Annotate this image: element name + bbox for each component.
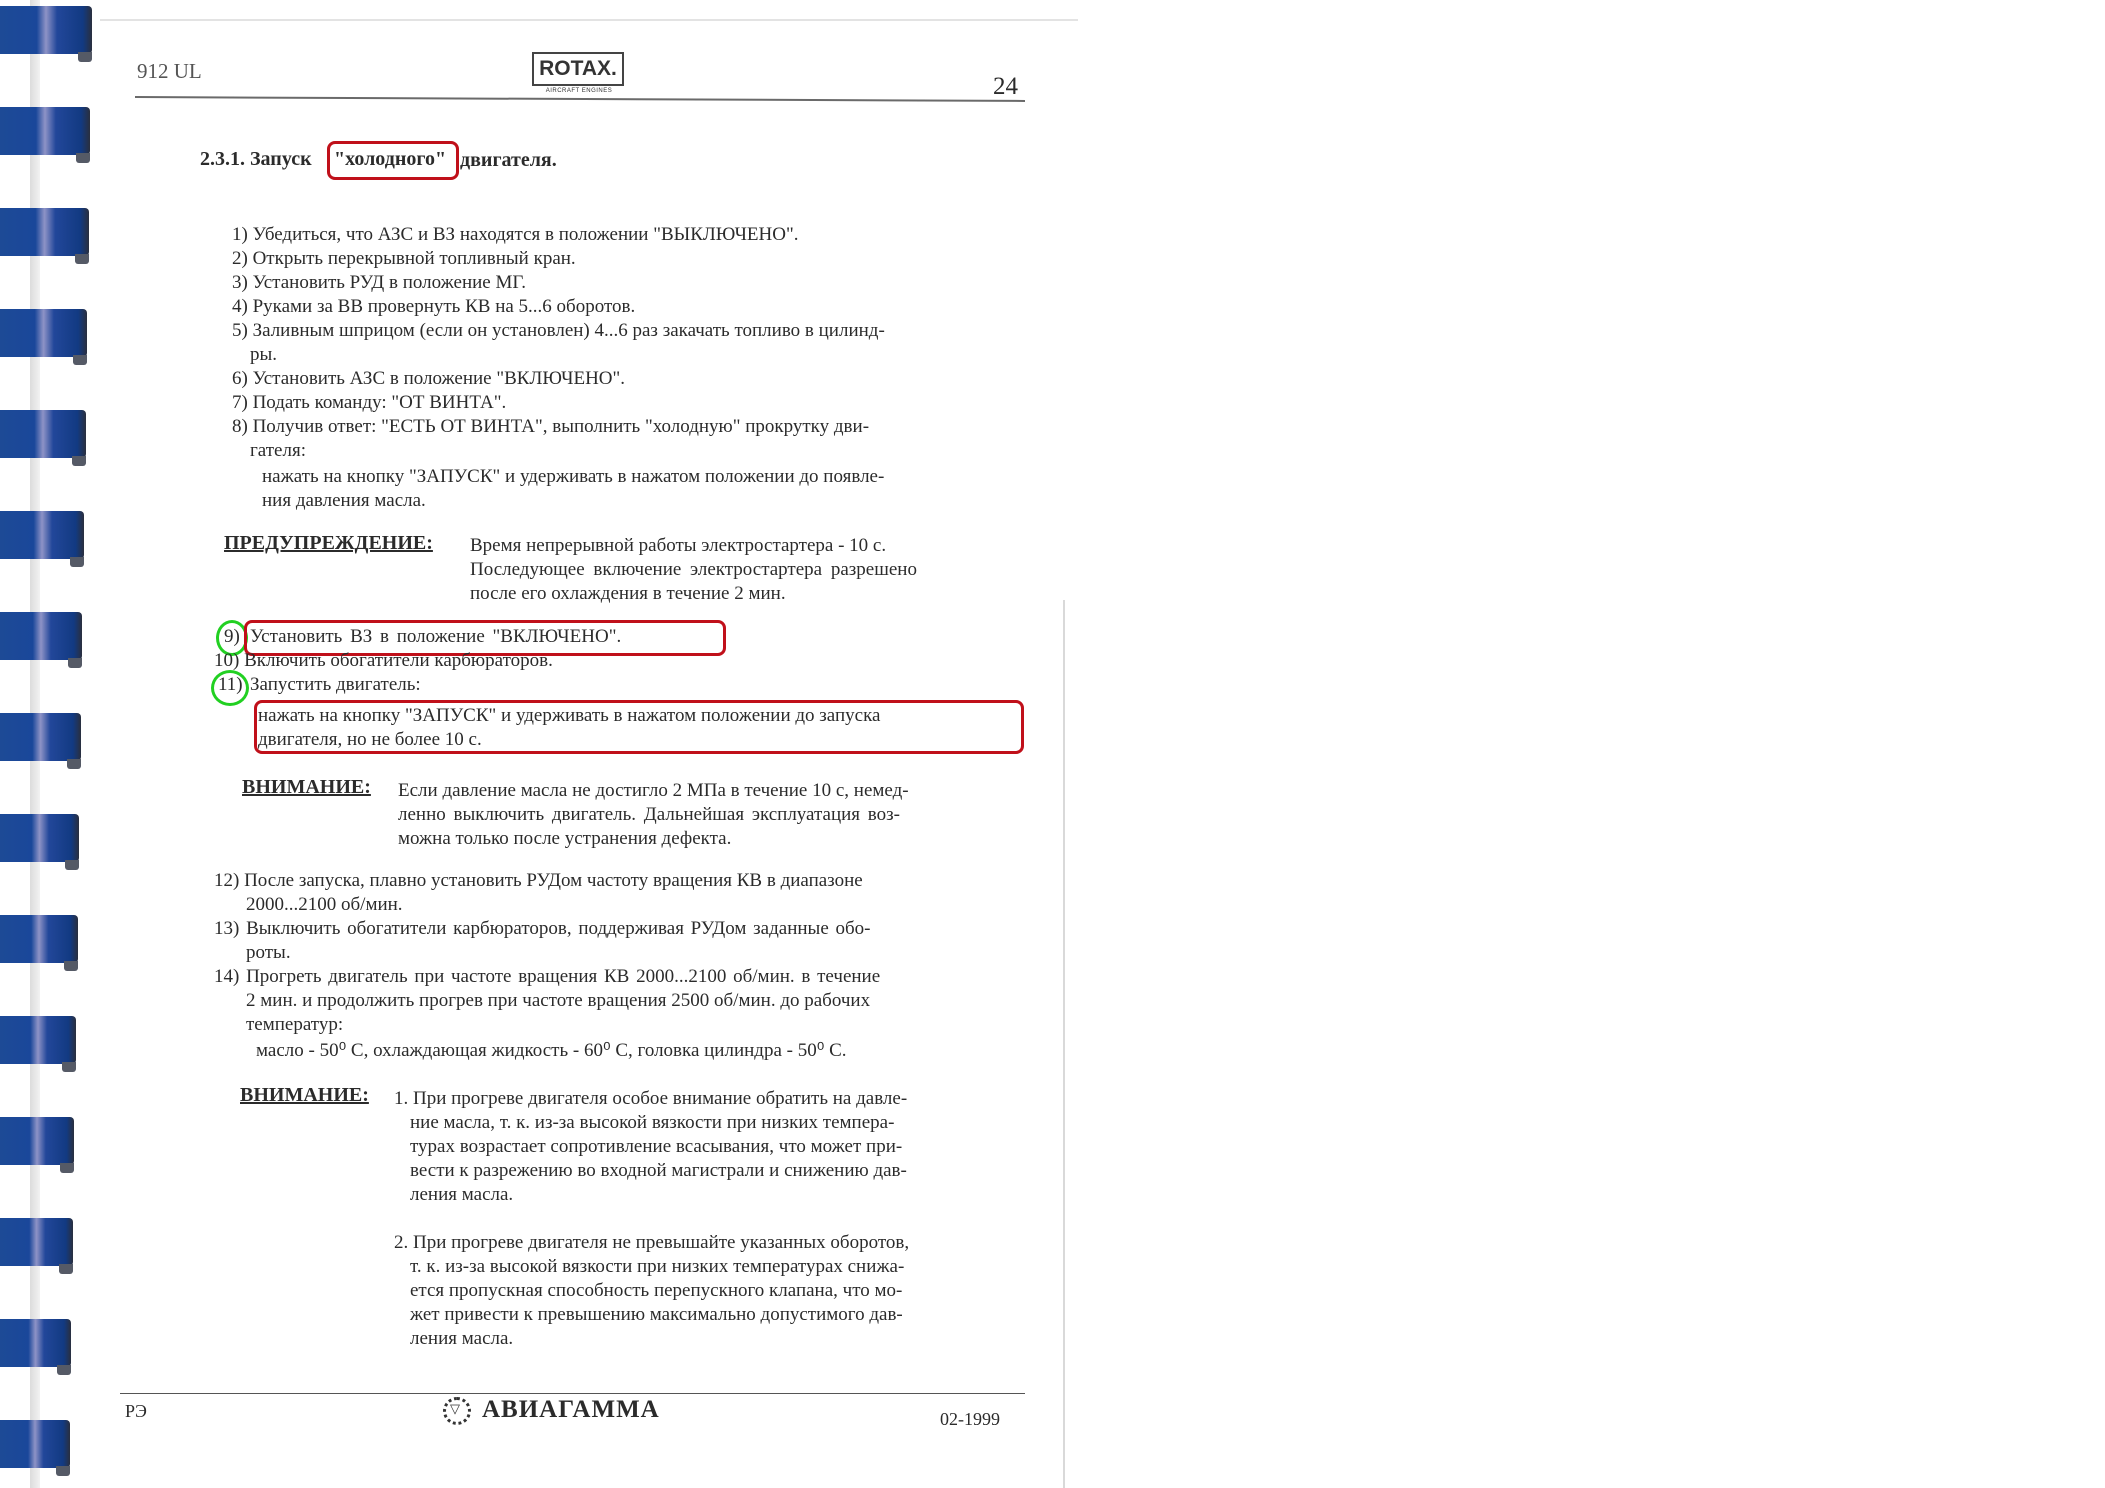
- attention-note-line: 1. При прогреве двигателя особое внимани…: [394, 1088, 907, 1110]
- attention-line: можна только после устранения дефекта.: [398, 828, 731, 850]
- step-line: 2) Открыть перекрывной топливный кран.: [232, 248, 576, 270]
- attention-label: ВНИМАНИЕ:: [242, 776, 371, 798]
- binding-ring: [0, 208, 89, 256]
- binding-ring: [0, 1218, 73, 1266]
- section-title-suffix: двигателя.: [460, 149, 557, 171]
- step-line: 7) Подать команду: "ОТ ВИНТА".: [232, 392, 506, 414]
- binding-ring: [0, 1420, 70, 1468]
- rotax-logo: ROTAX.: [532, 52, 624, 86]
- binding-ring: [0, 612, 82, 660]
- step-14-cont: температур:: [246, 1014, 343, 1036]
- attention-note-line: ления масла.: [410, 1328, 513, 1350]
- footer-doc-code: РЭ: [125, 1400, 147, 1422]
- attention-note-line: 2. При прогреве двигателя не превышайте …: [394, 1232, 909, 1254]
- step-line: гателя:: [250, 440, 306, 462]
- annotation-box-step-11: [254, 700, 1024, 754]
- step-13: 13) Выключить обогатители карбюраторов, …: [214, 918, 871, 940]
- attention-label-2: ВНИМАНИЕ:: [240, 1084, 369, 1106]
- binding-ring: [0, 1319, 71, 1367]
- step-line: нажать на кнопку "ЗАПУСК" и удерживать в…: [262, 466, 884, 488]
- step-14: 14) Прогреть двигатель при частоте враще…: [214, 966, 880, 988]
- binding-ring: [0, 1016, 76, 1064]
- annotation-circle-step-11: [211, 670, 249, 706]
- attention-note-line: ние масла, т. к. из-за высокой вязкости …: [410, 1112, 894, 1134]
- binding-ring: [0, 107, 90, 155]
- warning-label: ПРЕДУПРЕЖДЕНИЕ:: [224, 532, 433, 554]
- rotax-logo-subtitle: AIRCRAFT ENGINES: [534, 88, 624, 94]
- warning-line: после его охлаждения в течение 2 мин.: [470, 583, 786, 605]
- step-line: 4) Руками за ВВ провернуть КВ на 5...6 о…: [232, 296, 635, 318]
- step-12-cont: 2000...2100 об/мин.: [246, 894, 403, 916]
- header-model: 912 UL: [137, 60, 202, 82]
- step-line: 3) Установить РУД в положение МГ.: [232, 272, 526, 294]
- page-edge-right: [1063, 600, 1065, 1488]
- attention-note-line: ления масла.: [410, 1184, 513, 1206]
- page-number: 24: [993, 76, 1018, 98]
- section-title-prefix: 2.3.1. Запуск: [200, 148, 312, 170]
- gear-icon: [443, 1397, 471, 1425]
- step-11-text: Запустить двигатель:: [250, 674, 421, 696]
- annotation-box-title: [327, 141, 459, 180]
- step-line: 6) Установить АЗС в положение "ВКЛЮЧЕНО"…: [232, 368, 625, 390]
- binding-ring: [0, 511, 84, 559]
- footer-rule: [120, 1393, 1025, 1394]
- warning-line: Последующее включение электростартера ра…: [470, 559, 917, 581]
- attention-note-line: турах возрастает сопротивление всасывани…: [410, 1136, 902, 1158]
- binding-ring: [0, 6, 92, 54]
- footer-company: АВИАГАММА: [482, 1399, 660, 1421]
- attention-line: ленно выключить двигатель. Дальнейшая эк…: [398, 804, 900, 826]
- attention-note-line: т. к. из-за высокой вязкости при низких …: [410, 1256, 904, 1278]
- binding-ring: [0, 915, 78, 963]
- binding-ring: [0, 410, 86, 458]
- binding-ring: [0, 1117, 74, 1165]
- operating-temperatures: масло - 50⁰ С, охлаждающая жидкость - 60…: [256, 1040, 847, 1062]
- step-14-cont: 2 мин. и продолжить прогрев при частоте …: [246, 990, 870, 1012]
- footer-date: 02-1999: [940, 1408, 1000, 1430]
- step-line: 5) Заливным шприцом (если он установлен)…: [232, 320, 885, 342]
- attention-line: Если давление масла не достигло 2 МПа в …: [398, 780, 909, 802]
- step-10: 10) Включить обогатители карбюраторов.: [214, 650, 553, 672]
- attention-note-line: ется пропускная способность перепускного…: [410, 1280, 902, 1302]
- step-13-cont: роты.: [246, 942, 291, 964]
- attention-note-line: вести к разрежению во входной магистрали…: [410, 1160, 907, 1182]
- step-line: 8) Получив ответ: "ЕСТЬ ОТ ВИНТА", выпол…: [232, 416, 869, 438]
- page-edge-top: [100, 19, 1078, 21]
- attention-note-line: жет привести к превышению максимально до…: [410, 1304, 903, 1326]
- step-12: 12) После запуска, плавно установить РУД…: [214, 870, 863, 892]
- warning-line: Время непрерывной работы электростартера…: [470, 535, 886, 557]
- step-line: 1) Убедиться, что АЗС и ВЗ находятся в п…: [232, 224, 798, 246]
- step-line: ры.: [250, 344, 277, 366]
- binding-ring: [0, 814, 79, 862]
- binding-ring: [0, 713, 81, 761]
- step-line: ния давления масла.: [262, 490, 426, 512]
- binding-ring: [0, 309, 87, 357]
